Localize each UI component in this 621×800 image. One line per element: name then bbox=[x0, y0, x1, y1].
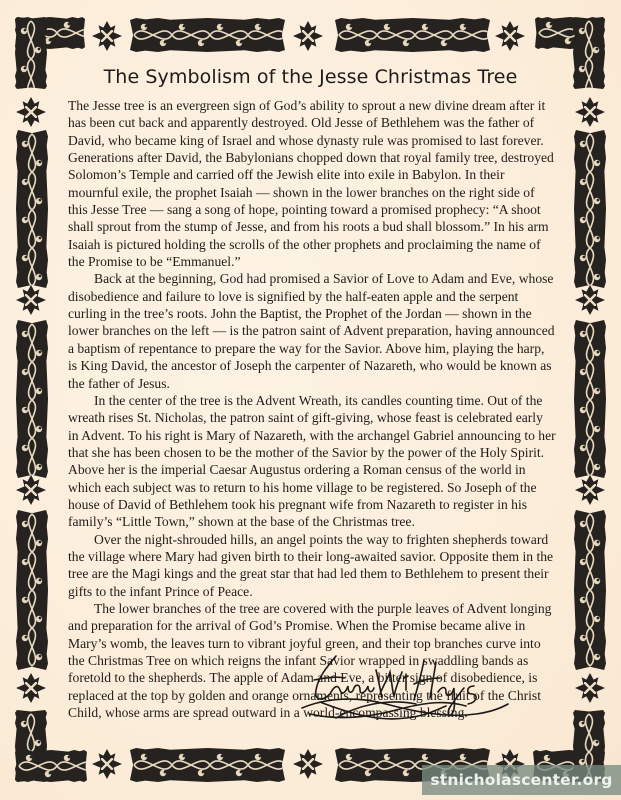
floral-vine-panel-icon bbox=[16, 320, 48, 478]
floral-vine-panel-icon bbox=[16, 130, 48, 288]
quatrefoil-diamond-icon bbox=[16, 475, 46, 505]
quatrefoil-diamond-icon bbox=[575, 97, 605, 127]
quatrefoil-diamond-icon bbox=[575, 475, 605, 505]
floral-vine-panel-icon bbox=[16, 510, 48, 670]
paragraph-3: In the center of the tree is the Advent … bbox=[68, 392, 556, 531]
paragraph-4: Over the night-shrouded hills, an angel … bbox=[68, 531, 556, 600]
page-title: The Symbolism of the Jesse Christmas Tre… bbox=[0, 66, 621, 88]
quatrefoil-diamond-icon bbox=[92, 749, 122, 779]
author-signature bbox=[296, 648, 521, 728]
quatrefoil-diamond-icon bbox=[293, 749, 323, 779]
signature-icon bbox=[296, 648, 521, 728]
quatrefoil-diamond-icon bbox=[16, 285, 46, 315]
quatrefoil-diamond-icon bbox=[575, 285, 605, 315]
quatrefoil-diamond-icon bbox=[293, 21, 323, 51]
floral-vine-panel-icon bbox=[130, 18, 285, 52]
floral-vine-panel-icon bbox=[335, 18, 490, 52]
corner-ornament-icon bbox=[15, 750, 87, 782]
quatrefoil-diamond-icon bbox=[495, 21, 525, 51]
watermark: stnicholascenter.org bbox=[422, 765, 621, 795]
quatrefoil-diamond-icon bbox=[92, 21, 122, 51]
document-page: The Symbolism of the Jesse Christmas Tre… bbox=[0, 0, 621, 800]
floral-vine-panel-icon bbox=[130, 748, 285, 782]
article-body: The Jesse tree is an evergreen sign of G… bbox=[68, 97, 556, 721]
quatrefoil-diamond-icon bbox=[16, 673, 46, 703]
quatrefoil-diamond-icon bbox=[16, 97, 46, 127]
paragraph-1: The Jesse tree is an evergreen sign of G… bbox=[68, 97, 556, 270]
floral-vine-panel-icon bbox=[574, 320, 606, 478]
paragraph-2: Back at the beginning, God had promised … bbox=[68, 270, 556, 391]
floral-vine-panel-icon bbox=[574, 510, 606, 670]
floral-vine-panel-icon bbox=[574, 130, 606, 288]
quatrefoil-diamond-icon bbox=[575, 673, 605, 703]
